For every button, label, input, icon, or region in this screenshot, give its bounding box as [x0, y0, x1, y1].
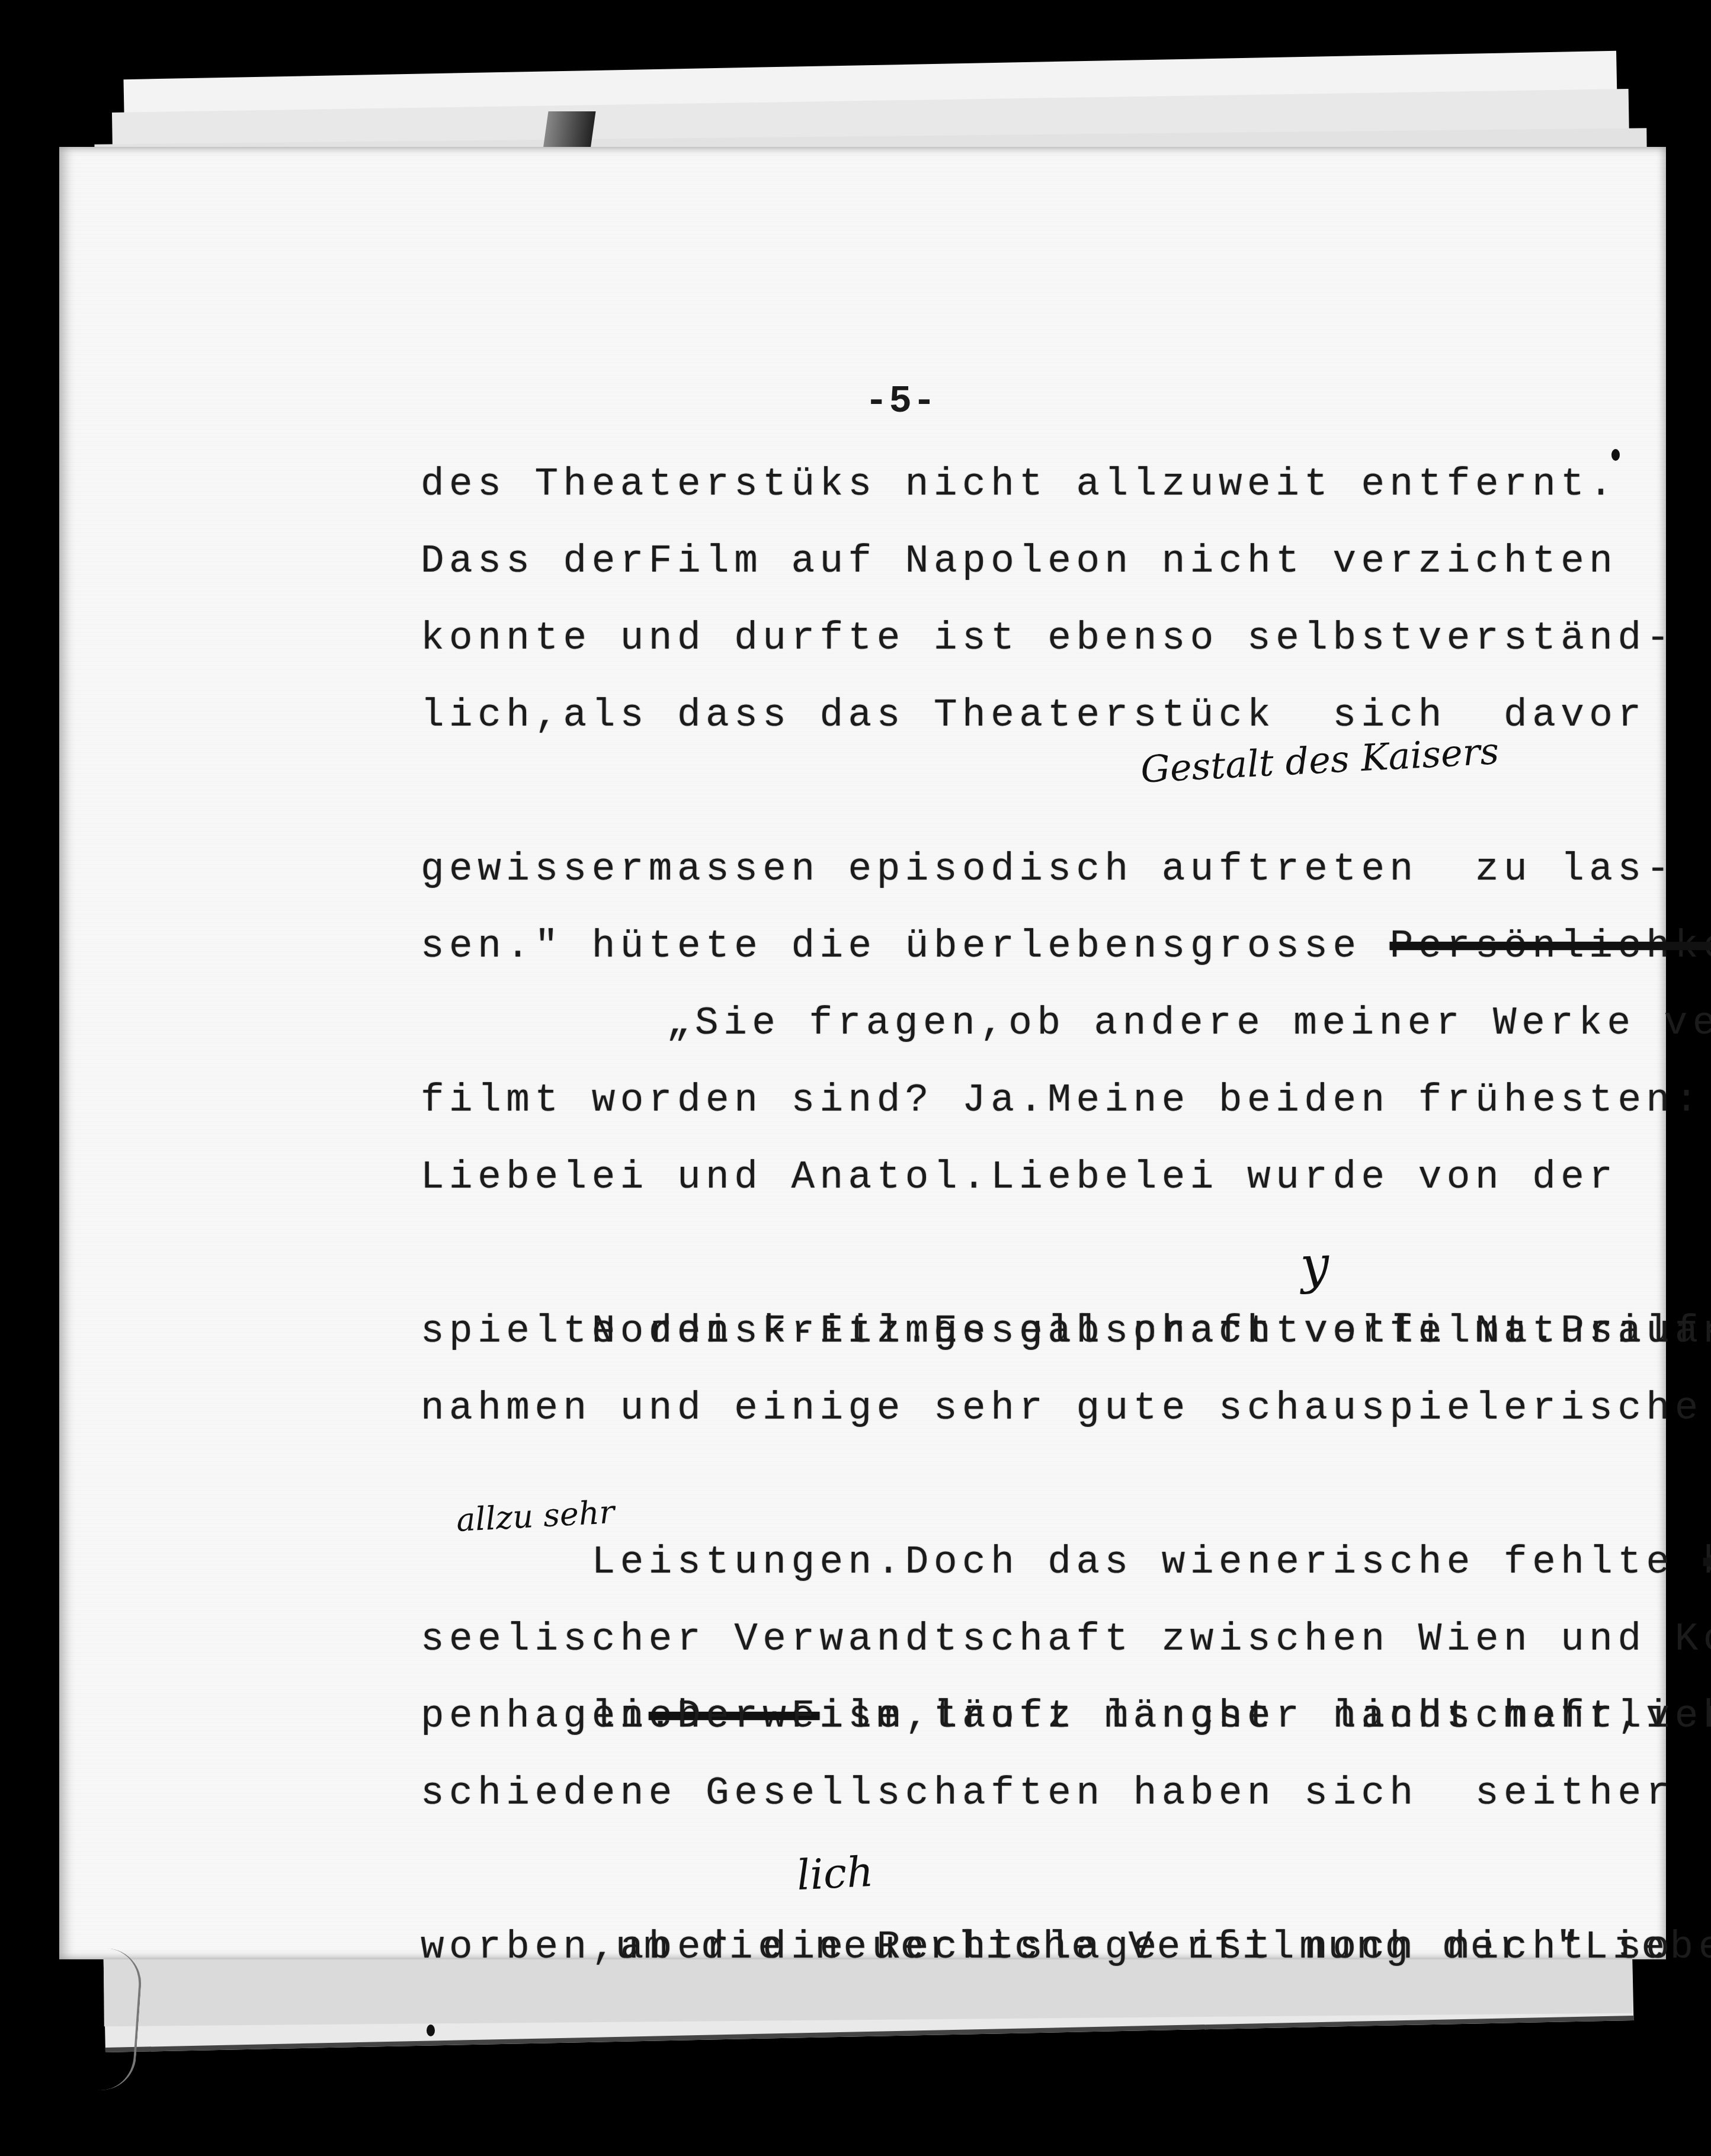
ink-dot-mark: [427, 2025, 435, 2036]
text-line-with-correction: um die neuerliche Verfilmung der "Liebel…: [421, 1832, 1635, 1909]
text-line: penhagen.Der Film läuft längst nicht meh…: [421, 1678, 1635, 1755]
text-line: des Theaterstüks nicht allzuweit entfern…: [421, 446, 1635, 523]
text-line: spielte den Fritz.Es gab prachtvolle Nat…: [421, 1293, 1635, 1370]
text-line: schiedene Gesellschaften haben sich seit…: [421, 1755, 1635, 1832]
typed-text-body: des Theaterstüks nicht allzuweit entfern…: [421, 446, 1635, 1986]
text-line: gewissermassen episodisch auftreten zu l…: [421, 831, 1635, 908]
ink-dot-mark: [1611, 449, 1620, 461]
handwritten-correction: y: [1299, 1239, 1331, 1291]
text-line-with-correction: Nordisk-Filmgesellschaft verfilmt.Psilan…: [421, 1216, 1635, 1293]
handwritten-insertion: allzu sehr: [456, 1496, 616, 1536]
text-line: nahmen und einige sehr gute schauspieler…: [421, 1370, 1635, 1447]
text-line: Liebelei und Anatol.Liebelei wurde von d…: [421, 1139, 1635, 1216]
text-line: konnte und durfte ist ebenso selbstverst…: [421, 600, 1635, 677]
text-line: seelischer Verwandtschaft zwischen Wien …: [421, 1601, 1635, 1678]
text-line-with-correction: allzu sehr licherweise,trotz mancher lan…: [421, 1524, 1635, 1601]
struck-through-word: begreif: [1703, 1540, 1711, 1584]
text-line-with-correction: Gestalt des Kaisers hütete die überleben…: [421, 754, 1635, 831]
folded-corner: [78, 1947, 144, 2093]
text-line: sen.": [421, 908, 1635, 985]
page-number: -5-: [865, 381, 937, 423]
typewritten-page: -5- des Theaterstüks nicht allzuweit ent…: [59, 147, 1666, 1959]
paragraph-start-line: „Sie fragen,ob andere meiner Werke ver: [421, 985, 1635, 1062]
text-line: filmt worden sind? Ja.Meine beiden frühe…: [421, 1062, 1635, 1139]
text-line: worben,aber die Rechtslage ist noch nich…: [421, 1909, 1635, 1986]
handwritten-correction: lich: [796, 1851, 874, 1897]
text-line: Dass derFilm auf Napoleon nicht verzicht…: [421, 523, 1635, 600]
